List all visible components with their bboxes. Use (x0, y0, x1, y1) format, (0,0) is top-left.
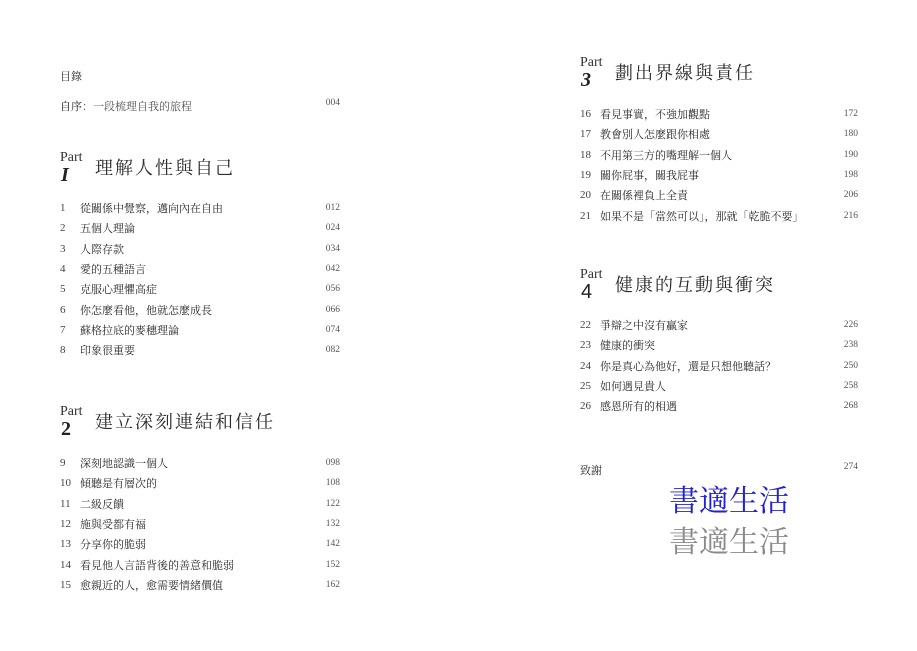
toc-entry[interactable]: 25如何遇見貴人258 (580, 376, 858, 396)
chapter-title: 關你屁事，關我屁事 (600, 167, 828, 183)
part-3-chapter-list: 16看見事實，不強加觀點172 17教會別人怎麼跟你相處180 18不用第三方的… (580, 104, 858, 226)
toc-entry-acknowledgements[interactable]: 致謝 274 (580, 462, 858, 478)
part-title: 理解人性與自己 (95, 154, 235, 180)
chapter-title: 如果不是「當然可以」，那就「乾脆不要」 (600, 208, 828, 224)
chapter-number: 20 (580, 189, 600, 201)
toc-entry[interactable]: 5克服心理懼高症056 (60, 279, 340, 299)
chapter-title: 教會別人怎麼跟你相處 (600, 126, 828, 142)
chapter-number: 16 (580, 108, 600, 120)
chapter-number: 14 (60, 559, 80, 571)
page-number: 190 (828, 150, 858, 160)
page-number: 132 (310, 519, 340, 529)
page-number: 198 (828, 170, 858, 180)
chapter-title: 爭辯之中沒有贏家 (600, 317, 828, 333)
chapter-title: 愛的五種語言 (80, 261, 310, 277)
chapter-title: 不用第三方的嘴理解一個人 (600, 147, 828, 163)
chapter-number: 22 (580, 319, 600, 331)
chapter-number: 2 (60, 222, 80, 234)
chapter-title: 人際存款 (80, 241, 310, 257)
part-number: 3 (581, 69, 591, 92)
toc-entry[interactable]: 10傾聽是有層次的108 (60, 473, 340, 493)
toc-entry[interactable]: 13分享你的脆弱142 (60, 534, 340, 554)
part-number: I (61, 164, 69, 187)
toc-entry[interactable]: 6你怎麼看他，他就怎麼成長066 (60, 299, 340, 319)
page-number: 250 (828, 361, 858, 371)
part-2-chapter-list: 9深刻地認識一個人098 10傾聽是有層次的108 11二級反饋122 12施與… (60, 453, 340, 595)
toc-entry[interactable]: 18不用第三方的嘴理解一個人190 (580, 145, 858, 165)
toc-entry[interactable]: 20在關係裡負上全責206 (580, 185, 858, 205)
chapter-title: 五個人理論 (80, 220, 310, 236)
chapter-title: 二級反饋 (80, 496, 310, 512)
page-number: 268 (828, 401, 858, 411)
chapter-title: 傾聽是有層次的 (80, 475, 310, 491)
chapter-number: 18 (580, 149, 600, 161)
chapter-number: 17 (580, 128, 600, 140)
chapter-number: 7 (60, 324, 80, 336)
page-number: 180 (828, 129, 858, 139)
toc-entry[interactable]: 15愈親近的人，愈需要情緒價值162 (60, 575, 340, 595)
toc-entry[interactable]: 3人際存款034 (60, 239, 340, 259)
page-number: 258 (828, 381, 858, 391)
chapter-title: 在關係裡負上全責 (600, 187, 828, 203)
page-number: 042 (310, 264, 340, 274)
toc-entry[interactable]: 14看見他人言語背後的善意和脆弱152 (60, 554, 340, 574)
chapter-number: 3 (60, 243, 80, 255)
page-number: 012 (310, 203, 340, 213)
chapter-number: 21 (580, 210, 600, 222)
acknowledgements-title: 致謝 (580, 462, 602, 478)
chapter-number: 25 (580, 380, 600, 392)
toc-entry[interactable]: 4愛的五種語言042 (60, 259, 340, 279)
page-number: 274 (844, 462, 858, 478)
toc-entry[interactable]: 24你是真心為他好，還是只想他聽話？250 (580, 356, 858, 376)
toc-entry[interactable]: 23健康的衝突238 (580, 335, 858, 355)
chapter-title: 愈親近的人，愈需要情緒價值 (80, 577, 310, 593)
page-number: 034 (310, 244, 340, 254)
chapter-title: 你是真心為他好，還是只想他聽話？ (600, 358, 828, 374)
page-number: 082 (310, 345, 340, 355)
chapter-number: 5 (60, 283, 80, 295)
chapter-number: 6 (60, 304, 80, 316)
chapter-title: 你怎麼看他，他就怎麼成長 (80, 302, 310, 318)
chapter-title: 感恩所有的相遇 (600, 398, 828, 414)
chapter-title: 印象很重要 (80, 342, 310, 358)
page-number: 074 (310, 325, 340, 335)
chapter-title: 看見他人言語背後的善意和脆弱 (80, 557, 310, 573)
toc-entry[interactable]: 11二級反饋122 (60, 494, 340, 514)
page-number: 024 (310, 223, 340, 233)
part-title: 劃出界線與責任 (615, 59, 755, 85)
toc-title: 目錄 (60, 68, 82, 84)
part-1-chapter-list: 1從關係中覺察，邁向內在自由012 2五個人理論024 3人際存款034 4愛的… (60, 198, 340, 360)
page-number: 142 (310, 539, 340, 549)
page-number: 216 (828, 211, 858, 221)
page-number: 152 (310, 560, 340, 570)
part-title: 建立深刻連結和信任 (95, 408, 275, 434)
page-number: 172 (828, 109, 858, 119)
chapter-number: 24 (580, 360, 600, 372)
chapter-number: 4 (60, 263, 80, 275)
toc-entry[interactable]: 26感恩所有的相遇268 (580, 396, 858, 416)
toc-entry[interactable]: 9深刻地認識一個人098 (60, 453, 340, 473)
chapter-number: 1 (60, 202, 80, 214)
page-number: 004 (326, 98, 340, 114)
chapter-title: 從關係中覺察，邁向內在自由 (80, 200, 310, 216)
chapter-title: 深刻地認識一個人 (80, 455, 310, 471)
chapter-number: 23 (580, 339, 600, 351)
chapter-title: 看見事實，不強加觀點 (600, 106, 828, 122)
chapter-title: 健康的衝突 (600, 337, 828, 353)
page-number: 226 (828, 320, 858, 330)
toc-entry[interactable]: 16看見事實，不強加觀點172 (580, 104, 858, 124)
page-number: 162 (310, 580, 340, 590)
part-4-chapter-list: 22爭辯之中沒有贏家226 23健康的衝突238 24你是真心為他好，還是只想他… (580, 315, 858, 416)
page-number: 122 (310, 499, 340, 509)
toc-entry[interactable]: 7蘇格拉底的麥穗理論074 (60, 320, 340, 340)
toc-entry-preface[interactable]: 自序：一段梳理自我的旅程 004 (60, 98, 340, 114)
preface-label: 自序：一段梳理自我的旅程 (60, 98, 192, 114)
chapter-title: 分享你的脆弱 (80, 536, 310, 552)
part-title: 健康的互動與衝突 (615, 271, 775, 297)
watermark-shadow: 書適生活 (669, 528, 789, 558)
part-number: 4 (581, 281, 592, 304)
chapter-number: 9 (60, 457, 80, 469)
chapter-title: 蘇格拉底的麥穗理論 (80, 322, 310, 338)
chapter-number: 19 (580, 169, 600, 181)
chapter-title: 克服心理懼高症 (80, 281, 310, 297)
chapter-number: 12 (60, 518, 80, 530)
watermark-primary: 書適生活 (669, 487, 789, 517)
page-number: 098 (310, 458, 340, 468)
part-number: 2 (61, 418, 71, 441)
toc-entry[interactable]: 19關你屁事，關我屁事198 (580, 165, 858, 185)
page-number: 056 (310, 284, 340, 294)
chapter-number: 11 (60, 498, 80, 510)
toc-entry[interactable]: 21如果不是「當然可以」，那就「乾脆不要」216 (580, 205, 858, 225)
toc-entry[interactable]: 8印象很重要082 (60, 340, 340, 360)
page-number: 066 (310, 305, 340, 315)
chapter-number: 26 (580, 400, 600, 412)
chapter-number: 15 (60, 579, 80, 591)
page-number: 108 (310, 478, 340, 488)
toc-entry[interactable]: 22爭辯之中沒有贏家226 (580, 315, 858, 335)
toc-entry[interactable]: 2五個人理論024 (60, 218, 340, 238)
chapter-title: 施與受都有福 (80, 516, 310, 532)
toc-entry[interactable]: 17教會別人怎麼跟你相處180 (580, 124, 858, 144)
chapter-title: 如何遇見貴人 (600, 378, 828, 394)
page-number: 238 (828, 340, 858, 350)
chapter-number: 13 (60, 538, 80, 550)
page-number: 206 (828, 190, 858, 200)
chapter-number: 8 (60, 344, 80, 356)
toc-entry[interactable]: 12施與受都有福132 (60, 514, 340, 534)
toc-entry[interactable]: 1從關係中覺察，邁向內在自由012 (60, 198, 340, 218)
chapter-number: 10 (60, 477, 80, 489)
